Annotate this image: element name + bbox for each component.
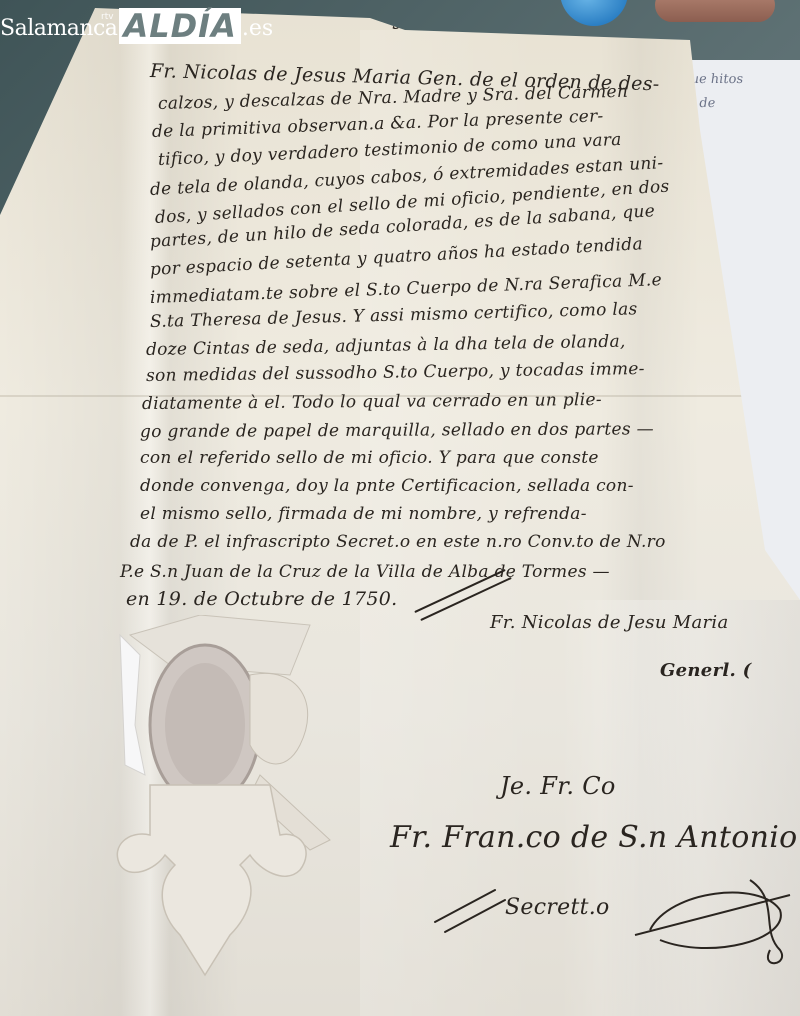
body-line: con el referido sello de mi oficio. Y pa…	[140, 448, 599, 468]
site-watermark: Salamanca rtv ALDÍA .es	[0, 10, 273, 40]
body-line: P.e S.n Juan de la Cruz de la Villa de A…	[120, 562, 610, 582]
countersign-title: Secrett.o	[505, 895, 610, 920]
body-line: el mismo sello, firmada de mi nombre, y …	[140, 504, 587, 524]
countersign-name: Fr. Fran.co de S.n Antonio	[390, 820, 797, 855]
body-line: diatamente à el. Todo lo qual va cerrado…	[142, 390, 602, 414]
body-line: donde convenga, doy la pnte Certificacio…	[140, 476, 634, 496]
signature-main: Fr. Nicolas de Jesu Maria	[490, 612, 729, 633]
rubric-flourish	[630, 860, 800, 980]
embossed-paper-seal	[110, 615, 340, 995]
body-line: doze Cintas de seda, adjuntas à la dha t…	[146, 332, 626, 360]
holding-finger	[655, 0, 775, 22]
watermark-brand: ALDÍA	[123, 10, 236, 42]
watermark-site-name: Salamanca	[0, 18, 117, 40]
manuscript-sheet: J. M. J. Fr. Nicolas de Jesus Maria Gen.…	[0, 0, 800, 1016]
signature-main-line2: Generl. (	[660, 660, 751, 681]
body-line: da de P. el infrascripto Secret.o en est…	[130, 532, 666, 552]
watermark-rtv: rtv	[101, 12, 114, 22]
watermark-brand-box: ALDÍA	[119, 8, 240, 44]
body-line: son medidas del sussodho S.to Cuerpo, y …	[146, 359, 645, 386]
body-line-date: en 19. de Octubre de 1750.	[126, 588, 397, 610]
countersign-top: Je. Fr. Co	[500, 772, 616, 800]
body-line: go grande de papel de marquilla, sellado…	[140, 419, 654, 442]
watermark-domain-suffix: .es	[242, 18, 273, 40]
